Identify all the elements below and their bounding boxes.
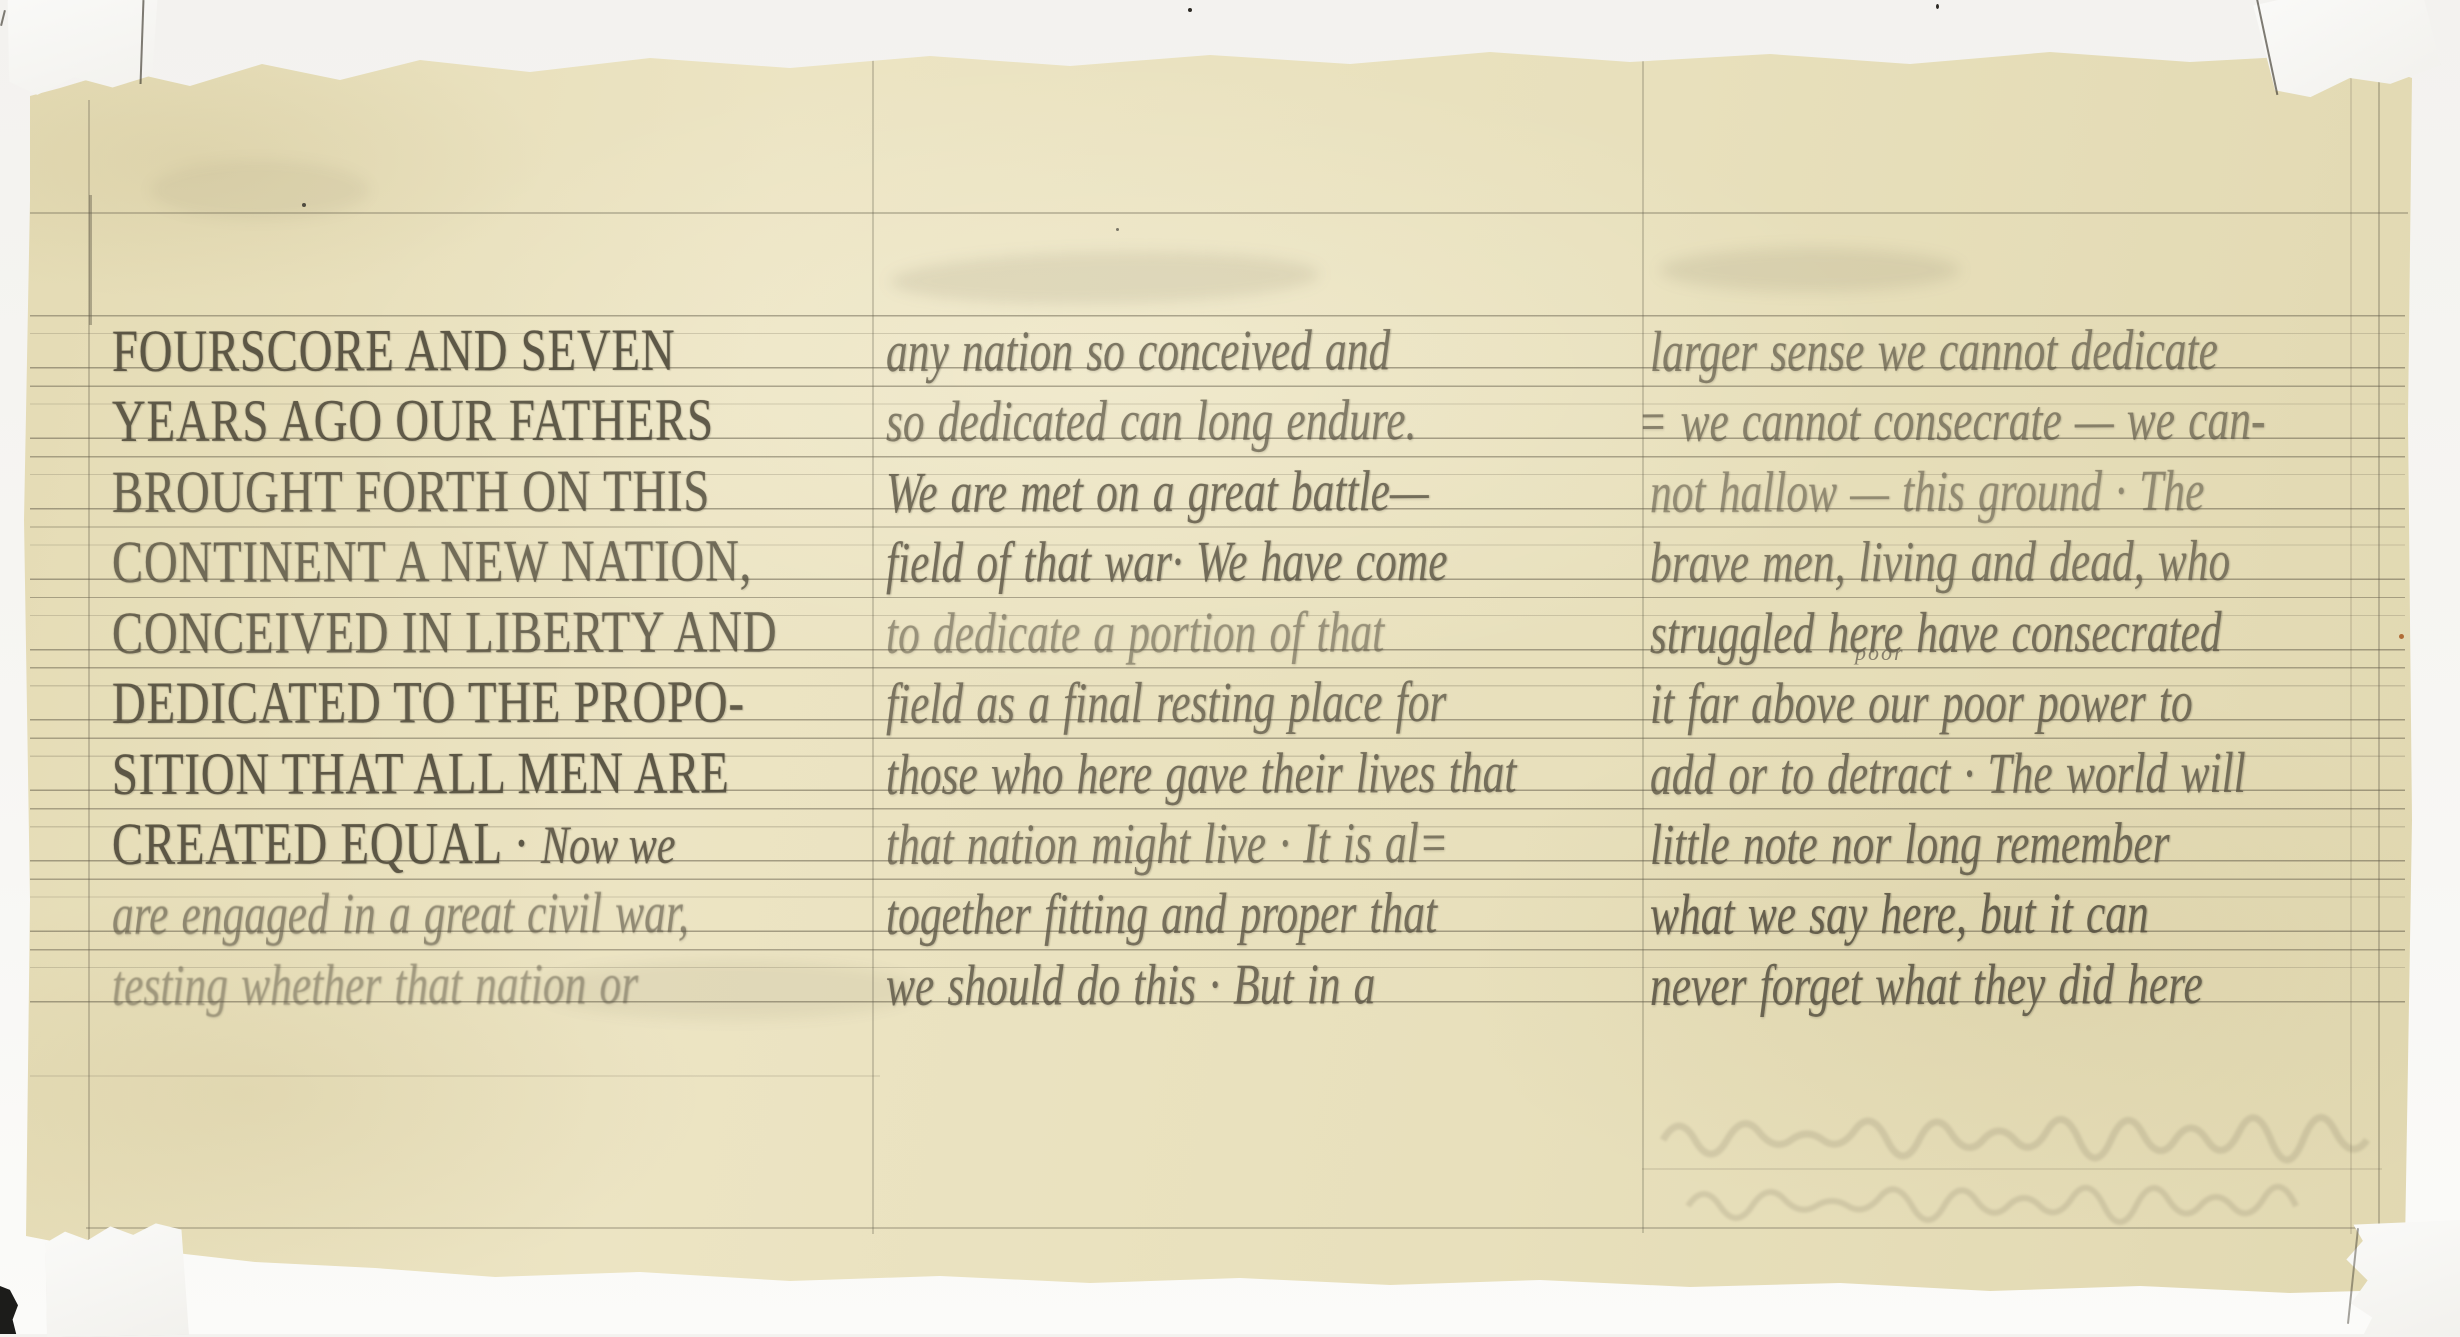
text-line: testing whether that nation or bbox=[112, 955, 638, 1015]
erased-pencil-writing bbox=[1648, 1098, 2418, 1238]
pencil-speck bbox=[302, 203, 306, 207]
dust-speck bbox=[1936, 4, 1939, 9]
eraser-smudge bbox=[1660, 248, 1960, 292]
photograph-background: FOURSCORE AND SEVEN YEARS AGO OUR FATHER… bbox=[0, 0, 2460, 1334]
text-line: larger sense we cannot dedicate bbox=[1650, 321, 2218, 381]
paper-sheet: FOURSCORE AND SEVEN YEARS AGO OUR FATHER… bbox=[0, 0, 2460, 1334]
text-line: brave men, living and dead, who bbox=[1650, 532, 2230, 592]
text-line: we should do this · But in a bbox=[886, 955, 1376, 1015]
text-line: We are met on a great battle— bbox=[886, 462, 1429, 522]
text-line: not hallow — this ground · The bbox=[1650, 462, 2205, 522]
text-line: CREATED EQUAL ·Now we bbox=[112, 813, 676, 874]
text-line: that nation might live · It is al= bbox=[886, 814, 1448, 874]
faint-rule-lower-left bbox=[30, 1075, 880, 1077]
text-line: are engaged in a great civil war, bbox=[112, 884, 689, 944]
text-line: CONTINENT A NEW NATION, bbox=[112, 531, 752, 592]
text-line: FOURSCORE AND SEVEN bbox=[112, 320, 676, 381]
text-line: field of that war· We have come bbox=[886, 532, 1448, 592]
top-margin-rule bbox=[30, 212, 2408, 214]
corner-ink-mark bbox=[0, 1286, 18, 1334]
inserted-word-annotation: poor bbox=[1855, 640, 1905, 666]
text-line: so dedicated can long endure. bbox=[886, 391, 1417, 451]
caps-fragment: CREATED EQUAL · bbox=[112, 810, 530, 877]
dust-speck bbox=[1188, 8, 1192, 12]
text-line: SITION THAT ALL MEN ARE bbox=[112, 743, 730, 804]
text-line: any nation so conceived and bbox=[886, 321, 1390, 381]
right-margin-rule-outer bbox=[2378, 52, 2380, 1236]
left-margin-rule-overdraw bbox=[89, 195, 92, 325]
tape-bottom-left bbox=[45, 1223, 189, 1334]
edge-scratch bbox=[0, 10, 6, 26]
text-line: add or to detract · The world will bbox=[1650, 744, 2246, 804]
text-line: struggled here have consecrated bbox=[1650, 603, 2222, 663]
text-line: = we cannot consecrate — we can- bbox=[1638, 391, 2266, 451]
text-line: CONCEIVED IN LIBERTY AND bbox=[112, 602, 778, 663]
text-line: to dedicate a portion of that bbox=[886, 603, 1384, 663]
text-line: what we say here, but it can bbox=[1650, 884, 2149, 944]
script-fragment: Now we bbox=[541, 815, 676, 875]
text-line: together fitting and proper that bbox=[886, 884, 1437, 944]
text-line: BROUGHT FORTH ON THIS bbox=[112, 461, 710, 522]
text-line: YEARS AGO OUR FATHERS bbox=[112, 390, 714, 451]
eraser-smudge bbox=[150, 160, 370, 220]
column-divider-1 bbox=[872, 58, 874, 1234]
right-margin-rule-inner bbox=[2350, 60, 2352, 1234]
column-divider-2 bbox=[1642, 55, 1644, 1233]
pencil-speck bbox=[1116, 228, 1119, 231]
text-line: it far above our poor power to bbox=[1650, 673, 2193, 733]
text-line: field as a final resting place for bbox=[886, 673, 1447, 733]
text-line: those who here gave their lives that bbox=[886, 744, 1517, 804]
rust-speck bbox=[2399, 634, 2404, 639]
text-line: never forget what they did here bbox=[1650, 955, 2203, 1015]
text-line: little note nor long remember bbox=[1650, 814, 2170, 874]
text-line: DEDICATED TO THE PROPO- bbox=[112, 672, 745, 733]
eraser-smudge bbox=[890, 248, 1321, 307]
